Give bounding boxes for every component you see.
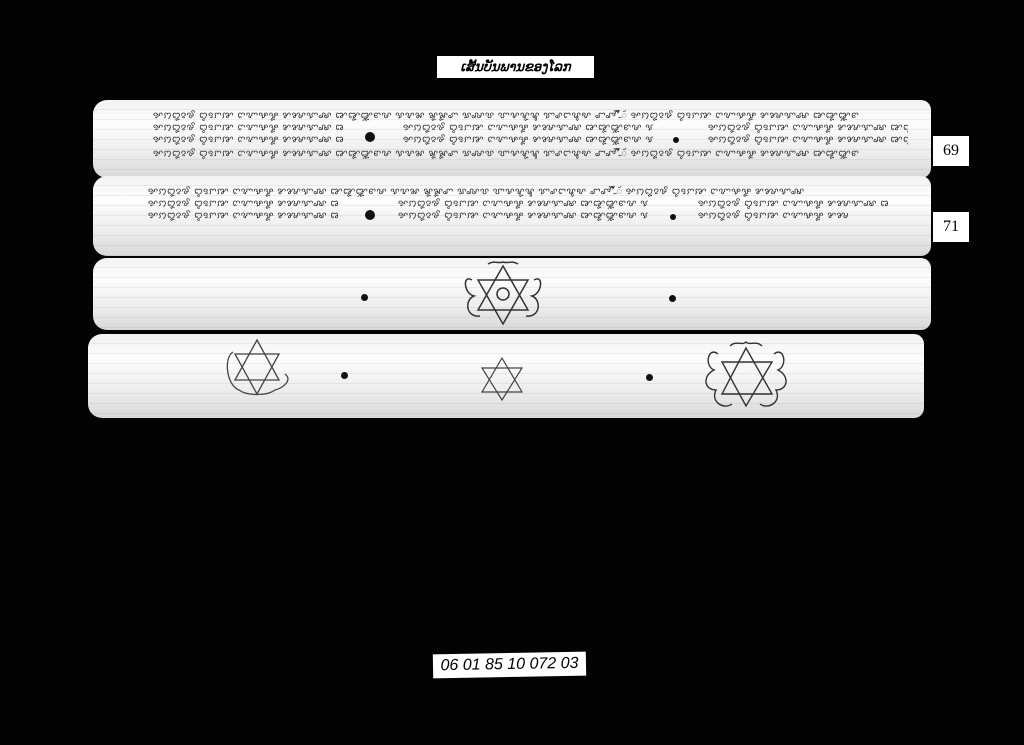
hexagram-emblem-icon — [458, 260, 548, 330]
leaf-1-text: ꨀꩀꨁꨂꨃ ꨄꨅꨆꨇ ꨈꨉꨊꨋ ꨌꨍꨎꨏ ꨐꨑꨒꨓꨔ ꨕꨖꨗ ꨘꨙꨚ ꨛꨜꨝ ꨞ… — [403, 134, 653, 146]
hexagram-emblem-icon — [223, 336, 295, 398]
header-label-text: ເສັ້ນບັນພານຂອງໂລກ — [460, 59, 570, 75]
folio-number: 69 — [933, 136, 969, 166]
folio-number: 71 — [933, 212, 969, 242]
leaf-1-text: ꨀꩀꨁꨂꨃ ꨄꨅꨆꨇ ꨈꨉꨊꨋ ꨌꨍꨎꨏ ꨐꨑꨒꨓꨔ ꨕꨖꨗ ꨘꨙꨚ ꨛꨜꨝ ꨞ… — [153, 110, 913, 122]
leaf-1-text: ꨀꩀꨁꨂꨃ ꨄꨅꨆꨇ ꨈꨉꨊꨋ ꨌꨍꨎꨏ ꨐꨑꨒꨓꨔ ꨕꨖꨗ ꨘꨙꨚ ꨛꨜꨝ ꨞ… — [153, 122, 343, 134]
palm-leaf-2: ꨀꩀꨁꨂꨃ ꨄꨅꨆꨇ ꨈꨉꨊꨋ ꨌꨍꨎꨏ ꨐꨑꨒꨓꨔ ꨕꨖꨗ ꨘꨙꨚ ꨛꨜꨝ ꨞ… — [93, 176, 931, 256]
binding-hole — [341, 372, 348, 379]
microfilm-id-text: 06 01 85 10 072 03 — [440, 655, 578, 675]
microfilm-id-label: 06 01 85 10 072 03 — [433, 652, 586, 679]
folio-number-text: 71 — [943, 218, 959, 236]
leaf-2-text: ꨀꩀꨁꨂꨃ ꨄꨅꨆꨇ ꨈꨉꨊꨋ ꨌꨍꨎꨏ ꨐꨑꨒꨓꨔ ꨕꨖꨗ ꨘꨙꨚ ꨛꨜꨝ ꨞ… — [698, 210, 848, 222]
binding-hole — [646, 374, 653, 381]
leaf-2-text: ꨀꩀꨁꨂꨃ ꨄꨅꨆꨇ ꨈꨉꨊꨋ ꨌꨍꨎꨏ ꨐꨑꨒꨓꨔ ꨕꨖꨗ ꨘꨙꨚ ꨛꨜꨝ ꨞ… — [148, 198, 338, 210]
leaf-2-text: ꨀꩀꨁꨂꨃ ꨄꨅꨆꨇ ꨈꨉꨊꨋ ꨌꨍꨎꨏ ꨐꨑꨒꨓꨔ ꨕꨖꨗ ꨘꨙꨚ ꨛꨜꨝ ꨞ… — [698, 198, 888, 210]
leaf-2-text: ꨀꩀꨁꨂꨃ ꨄꨅꨆꨇ ꨈꨉꨊꨋ ꨌꨍꨎꨏ ꨐꨑꨒꨓꨔ ꨕꨖꨗ ꨘꨙꨚ ꨛꨜꨝ ꨞ… — [398, 210, 648, 222]
leaf-1-text: ꨀꩀꨁꨂꨃ ꨄꨅꨆꨇ ꨈꨉꨊꨋ ꨌꨍꨎꨏ ꨐꨑꨒꨓꨔ ꨕꨖꨗ ꨘꨙꨚ ꨛꨜꨝ ꨞ… — [708, 134, 908, 146]
binding-hole — [673, 137, 679, 143]
binding-hole — [670, 214, 676, 220]
hexagram-emblem-icon — [700, 340, 792, 414]
leaf-2-text: ꨀꩀꨁꨂꨃ ꨄꨅꨆꨇ ꨈꨉꨊꨋ ꨌꨍꨎꨏ ꨐꨑꨒꨓꨔ ꨕꨖꨗ ꨘꨙꨚ ꨛꨜꨝ ꨞ… — [398, 198, 648, 210]
palm-leaf-4 — [88, 334, 924, 418]
palm-leaf-3 — [93, 258, 931, 330]
binding-hole — [365, 210, 375, 220]
leaf-1-text: ꨀꩀꨁꨂꨃ ꨄꨅꨆꨇ ꨈꨉꨊꨋ ꨌꨍꨎꨏ ꨐꨑꨒꨓꨔ ꨕꨖꨗ ꨘꨙꨚ ꨛꨜꨝ ꨞ… — [708, 122, 908, 134]
palm-leaf-1: ꨀꩀꨁꨂꨃ ꨄꨅꨆꨇ ꨈꨉꨊꨋ ꨌꨍꨎꨏ ꨐꨑꨒꨓꨔ ꨕꨖꨗ ꨘꨙꨚ ꨛꨜꨝ ꨞ… — [93, 100, 931, 178]
binding-hole — [365, 132, 375, 142]
hexagram-icon — [476, 354, 528, 404]
leaf-1-text: ꨀꩀꨁꨂꨃ ꨄꨅꨆꨇ ꨈꨉꨊꨋ ꨌꨍꨎꨏ ꨐꨑꨒꨓꨔ ꨕꨖꨗ ꨘꨙꨚ ꨛꨜꨝ ꨞ… — [153, 134, 343, 146]
folio-number-text: 69 — [943, 142, 959, 160]
leaf-2-text: ꨀꩀꨁꨂꨃ ꨄꨅꨆꨇ ꨈꨉꨊꨋ ꨌꨍꨎꨏ ꨐꨑꨒꨓꨔ ꨕꨖꨗ ꨘꨙꨚ ꨛꨜꨝ ꨞ… — [148, 210, 338, 222]
header-label: ເສັ້ນບັນພານຂອງໂລກ — [437, 56, 594, 78]
leaf-2-text: ꨀꩀꨁꨂꨃ ꨄꨅꨆꨇ ꨈꨉꨊꨋ ꨌꨍꨎꨏ ꨐꨑꨒꨓꨔ ꨕꨖꨗ ꨘꨙꨚ ꨛꨜꨝ ꨞ… — [148, 186, 908, 198]
leaf-1-text: ꨀꩀꨁꨂꨃ ꨄꨅꨆꨇ ꨈꨉꨊꨋ ꨌꨍꨎꨏ ꨐꨑꨒꨓꨔ ꨕꨖꨗ ꨘꨙꨚ ꨛꨜꨝ ꨞ… — [153, 148, 913, 160]
binding-hole — [361, 294, 368, 301]
binding-hole — [669, 295, 676, 302]
leaf-1-text: ꨀꩀꨁꨂꨃ ꨄꨅꨆꨇ ꨈꨉꨊꨋ ꨌꨍꨎꨏ ꨐꨑꨒꨓꨔ ꨕꨖꨗ ꨘꨙꨚ ꨛꨜꨝ ꨞ… — [403, 122, 653, 134]
